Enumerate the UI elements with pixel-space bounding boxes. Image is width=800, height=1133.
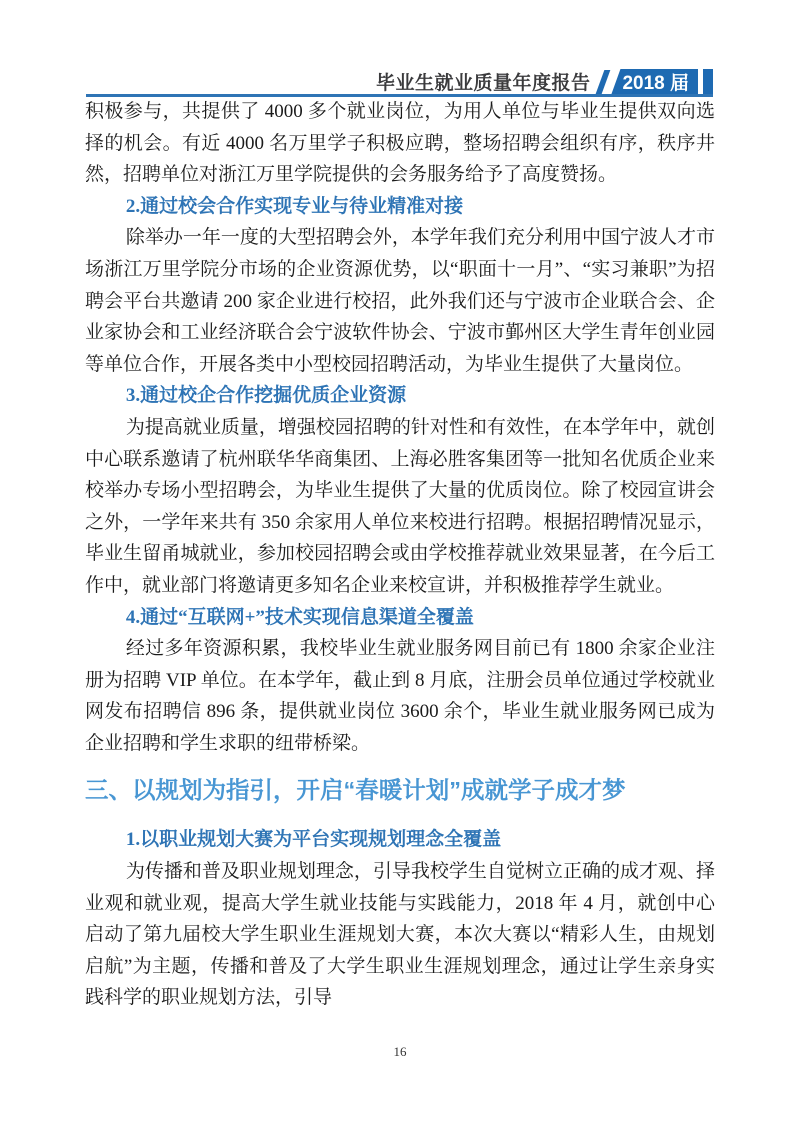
subheading-3: 3.通过校企合作挖掘优质企业资源 [85,380,715,412]
paragraph-continuation: 积极参与，共提供了 4000 多个就业岗位，为用人单位与毕业生提供双向选择的机会… [85,96,715,191]
paragraph: 除举办一年一度的大型招聘会外，本学年我们充分利用中国宁波人才市场浙江万里学院分市… [85,222,715,380]
page-header: 毕业生就业质量年度报告 2018 届 [85,69,713,94]
paragraph: 为提高就业质量，增强校园招聘的针对性和有效性，在本学年中，就创中心联系邀请了杭州… [85,412,715,602]
paragraph: 为传播和普及职业规划理念，引导我校学生自觉树立正确的成才观、择业观和就业观，提高… [85,856,715,1014]
header-end-bar [703,69,713,94]
paragraph: 经过多年资源积累，我校毕业生就业服务网目前已有 1800 余家企业注册为招聘 V… [85,633,715,759]
section-title: 三、以规划为指引，开启“春暖计划”成就学子成才梦 [85,773,715,807]
year-badge: 2018 届 [611,69,698,94]
header-title: 毕业生就业质量年度报告 [376,68,591,95]
document-body: 积极参与，共提供了 4000 多个就业岗位，为用人单位与毕业生提供双向选择的机会… [85,96,715,1014]
subheading-4: 4.通过“互联网+”技术实现信息渠道全覆盖 [85,602,715,634]
slash-decoration [596,70,611,94]
subheading-1: 1.以职业规划大赛为平台实现规划理念全覆盖 [85,824,715,856]
subheading-2: 2.通过校会合作实现专业与待业精准对接 [85,191,715,223]
page-number: 16 [0,1044,800,1060]
report-page: 毕业生就业质量年度报告 2018 届 积极参与，共提供了 4000 多个就业岗位… [0,0,800,1133]
